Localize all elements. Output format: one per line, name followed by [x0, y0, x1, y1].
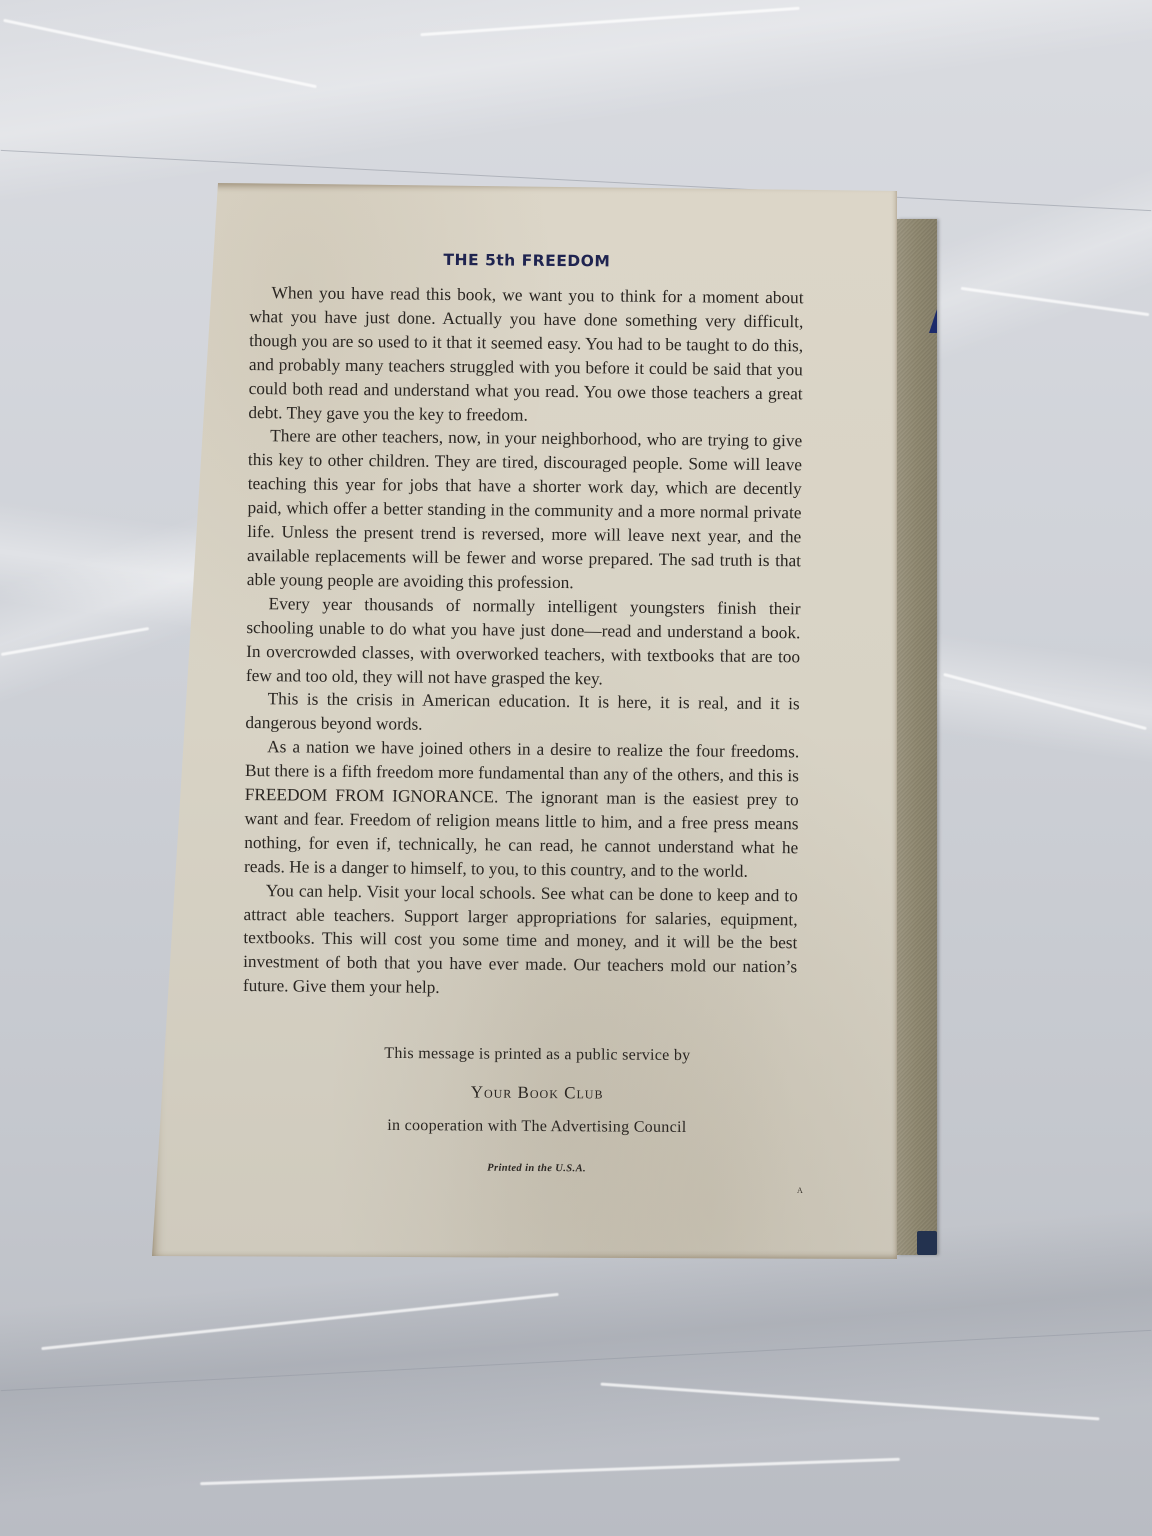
wrap-highlight: [1, 627, 149, 656]
wrap-highlight: [420, 7, 799, 37]
paragraph: There are other teachers, now, in your n…: [247, 424, 803, 597]
book: THE 5th FREEDOM When you have read this …: [152, 183, 942, 1259]
wrap-highlight: [961, 287, 1150, 316]
paragraph: You can help. Visit your local schools. …: [243, 879, 798, 1004]
wrap-highlight: [943, 673, 1147, 730]
paragraph: This is the crisis in American education…: [245, 687, 799, 740]
cover-text: THE 5th FREEDOM When you have read this …: [243, 249, 804, 1003]
credits-block: This message is printed as a public serv…: [347, 1044, 728, 1181]
public-service-line: This message is printed as a public serv…: [347, 1044, 727, 1067]
wrap-highlight: [3, 19, 317, 88]
spine-worn-corner: [917, 1231, 937, 1255]
paragraph: Every year thousands of normally intelli…: [246, 592, 801, 693]
book-spine: [897, 219, 937, 1255]
edition-mark: A: [797, 1186, 803, 1195]
spine-blue-fragment: [929, 309, 937, 333]
printed-in-line: Printed in the U.S.A.: [347, 1158, 727, 1181]
wrap-fold-line: [1, 1330, 1151, 1391]
publisher-name: Your Book Club: [347, 1082, 727, 1105]
wrap-highlight: [41, 1293, 558, 1350]
cooperation-line: in cooperation with The Advertising Coun…: [347, 1116, 727, 1139]
paragraph: As a nation we have joined others in a d…: [244, 735, 799, 884]
paragraph: When you have read this book, we want yo…: [248, 281, 803, 430]
wrap-highlight: [200, 1458, 900, 1485]
wrap-highlight: [601, 1383, 1100, 1421]
